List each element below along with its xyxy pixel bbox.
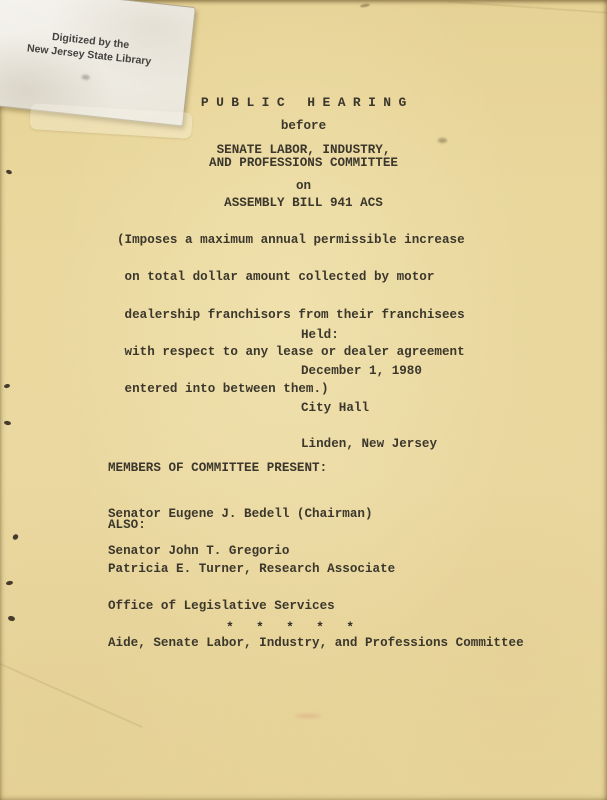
staple-mark bbox=[4, 420, 12, 425]
subtitle-before: before bbox=[0, 119, 607, 133]
subtitle-on: on bbox=[0, 179, 607, 193]
held-venue: City Hall bbox=[301, 402, 437, 414]
star-glyph: * bbox=[286, 620, 294, 635]
staple-mark bbox=[4, 383, 11, 388]
star-glyph: * bbox=[226, 620, 234, 635]
bill-description-line: on total dollar amount collected by moto… bbox=[117, 271, 465, 283]
held-location: Linden, New Jersey bbox=[301, 438, 437, 450]
held-block: Held: December 1, 1980 City Hall Linden,… bbox=[301, 305, 437, 474]
hearing-cover-page: Digitized by the New Jersey State Librar… bbox=[0, 0, 607, 800]
also-line: Aide, Senate Labor, Industry, and Profes… bbox=[108, 637, 524, 649]
star-glyph: * bbox=[256, 620, 264, 635]
committee-name-line-2: AND PROFESSIONS COMMITTEE bbox=[0, 156, 607, 170]
sticker-smudge bbox=[81, 74, 89, 80]
also-list: Patricia E. Turner, Research Associate O… bbox=[108, 539, 524, 673]
staple-mark bbox=[6, 580, 14, 585]
bill-description-line: (Imposes a maximum annual permissible in… bbox=[117, 234, 465, 246]
staple-mark bbox=[12, 533, 20, 541]
held-label: Held: bbox=[301, 329, 437, 341]
also-heading: ALSO: bbox=[108, 518, 146, 532]
paper-smudge bbox=[295, 714, 321, 718]
staple-mark bbox=[7, 615, 15, 622]
also-line: Patricia E. Turner, Research Associate bbox=[108, 563, 524, 575]
star-glyph: * bbox=[316, 620, 324, 635]
members-heading: MEMBERS OF COMMITTEE PRESENT: bbox=[108, 461, 327, 475]
star-glyph: * bbox=[346, 620, 354, 635]
paper-smudge bbox=[438, 138, 447, 143]
bill-title: ASSEMBLY BILL 941 ACS bbox=[0, 196, 607, 210]
paper-smudge bbox=[360, 3, 370, 8]
star-separator: * * * * * bbox=[226, 620, 354, 635]
library-sticker-text: Digitized by the New Jersey State Librar… bbox=[0, 0, 195, 73]
also-line: Office of Legislative Services bbox=[108, 600, 524, 612]
committee-name-line-1: SENATE LABOR, INDUSTRY, bbox=[0, 143, 607, 157]
page-title: P U B L I C H E A R I N G bbox=[0, 95, 607, 110]
member-name: Senator Eugene J. Bedell (Chairman) bbox=[108, 508, 373, 520]
held-date: December 1, 1980 bbox=[301, 365, 437, 377]
paper-crease bbox=[447, 1, 607, 16]
